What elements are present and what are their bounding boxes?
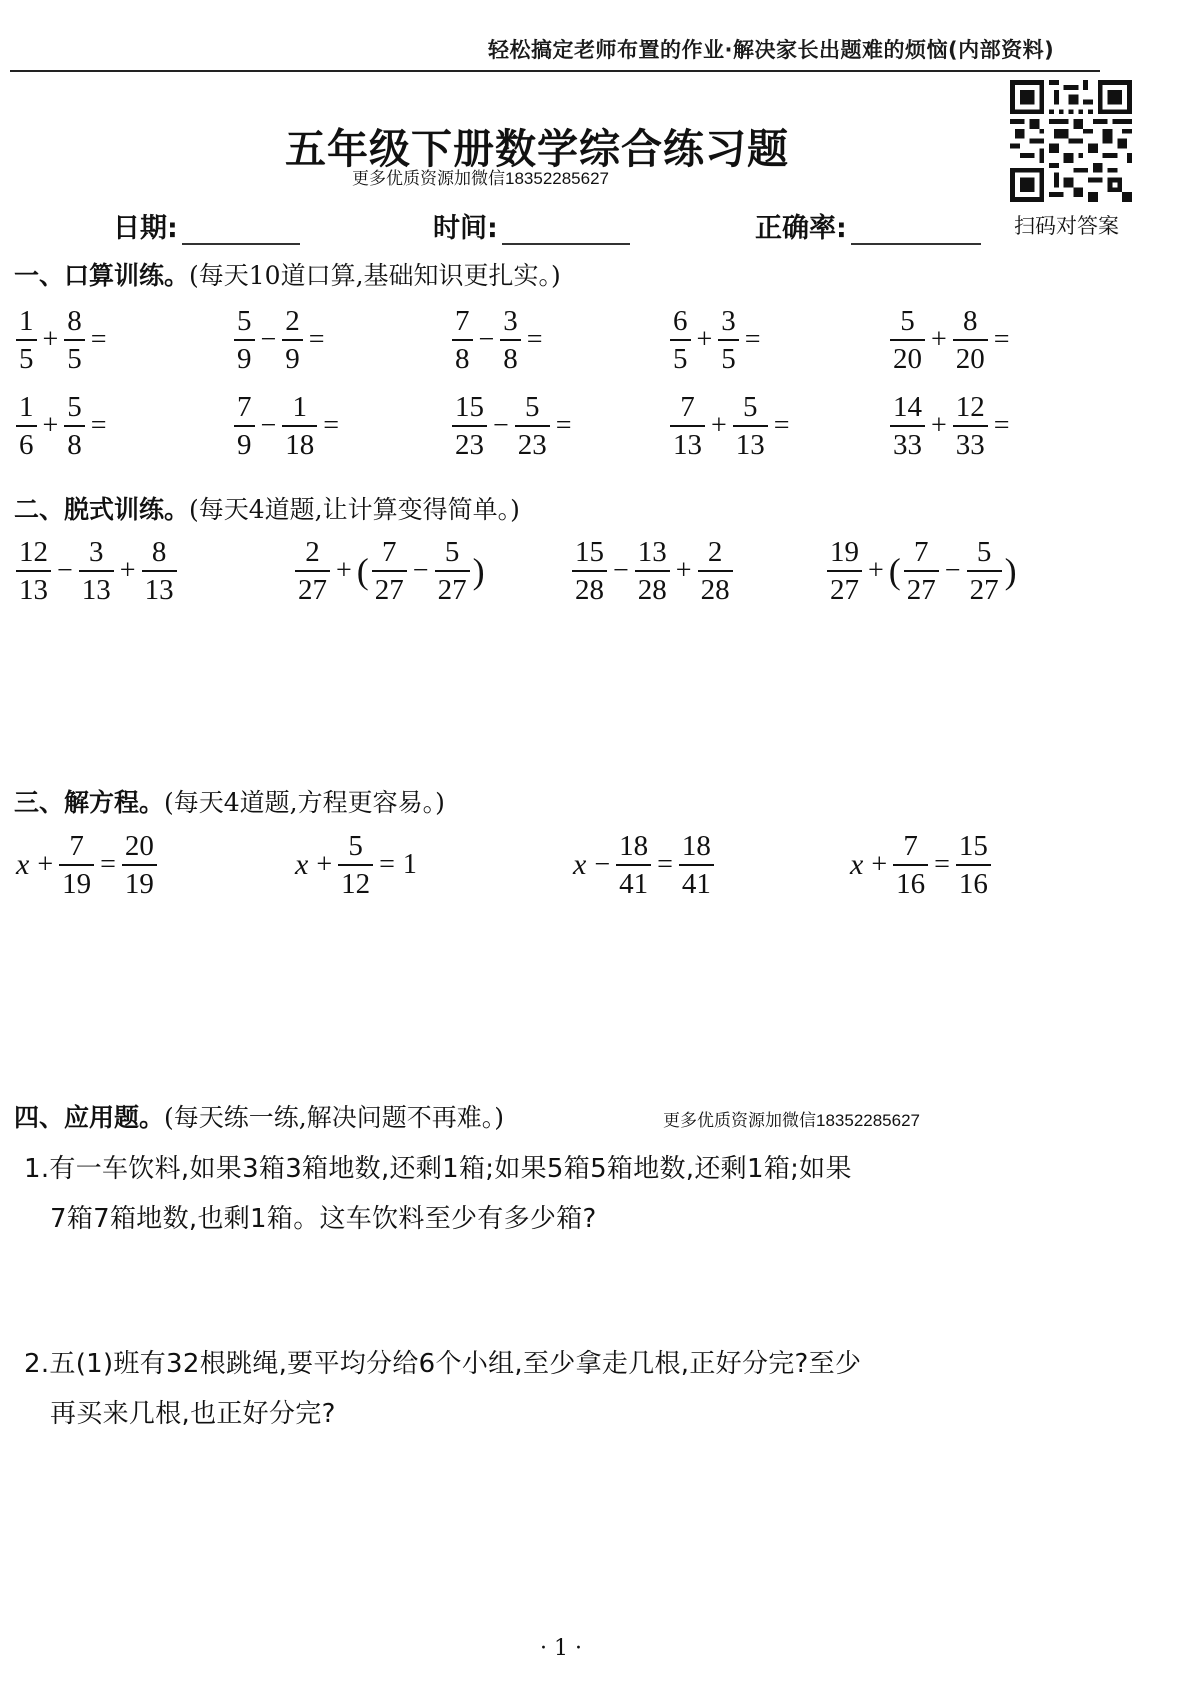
numerator: 5 [522, 393, 543, 422]
fraction-bar [234, 339, 255, 341]
equals-sign: = [994, 410, 1010, 442]
denominator: 27 [904, 576, 939, 605]
section-2-note: (每天4道题,让计算变得简单。) [189, 495, 520, 524]
numerator: 7 [677, 393, 698, 422]
denominator: 19 [122, 870, 157, 899]
variable-x: x [16, 848, 29, 882]
denominator: 16 [893, 870, 928, 899]
fraction-bar [953, 425, 988, 427]
denominator: 13 [733, 431, 768, 460]
time-field[interactable]: 时间: [433, 206, 630, 245]
mental-math-item: 65+35= [668, 307, 765, 374]
fraction-bar [953, 339, 988, 341]
rhs-value: 1 [403, 849, 417, 881]
numerator: 7 [911, 538, 932, 567]
fraction-bar [16, 570, 51, 572]
fraction: 527 [967, 538, 1002, 605]
qr-code-label: 扫码对答案 [1014, 210, 1119, 240]
equation-item: x+512=1 [295, 832, 421, 899]
numerator: 14 [890, 393, 925, 422]
equals-sign: = [309, 324, 325, 356]
denominator: 12 [338, 870, 373, 899]
fraction: 1328 [635, 538, 670, 605]
numerator: 15 [956, 832, 991, 861]
fraction-bar [295, 570, 330, 572]
equals-sign: = [994, 324, 1010, 356]
section-1-note: (每天10道口算,基础知识更扎实。) [189, 261, 561, 290]
section-4-title: 四、应用题。 [14, 1103, 164, 1132]
fraction-bar [16, 425, 37, 427]
operator: + [697, 324, 713, 356]
fraction-bar [967, 570, 1002, 572]
denominator: 28 [635, 576, 670, 605]
denominator: 20 [890, 345, 925, 374]
numerator: 7 [900, 832, 921, 861]
denominator: 41 [679, 870, 714, 899]
operator: + [336, 555, 352, 587]
mental-math-item: 1523−523= [450, 393, 576, 460]
denominator: 23 [515, 431, 550, 460]
numerator: 8 [64, 307, 85, 336]
fraction: 313 [79, 538, 114, 605]
operator: + [676, 555, 692, 587]
operator: − [945, 555, 961, 587]
date-label: 日期: [113, 206, 178, 245]
fraction-bar [827, 570, 862, 572]
fraction-bar [515, 425, 550, 427]
numerator: 5 [897, 307, 918, 336]
fraction: 719 [59, 832, 94, 899]
operator: − [479, 324, 495, 356]
fraction-bar [679, 864, 714, 866]
equals-sign: = [774, 410, 790, 442]
equals-sign: = [323, 410, 339, 442]
variable-x: x [573, 848, 586, 882]
numerator: 3 [86, 538, 107, 567]
accuracy-label: 正确率: [755, 206, 847, 245]
equation-item: x+716=1516 [850, 832, 993, 899]
equation-item: x−1841=1841 [573, 832, 716, 899]
time-label: 时间: [433, 206, 498, 245]
denominator: 8 [64, 431, 85, 460]
fraction: 512 [338, 832, 373, 899]
numerator: 18 [616, 832, 651, 861]
operator: + [43, 324, 59, 356]
fraction: 1213 [16, 538, 51, 605]
variable-x: x [295, 848, 308, 882]
question-1-line-1: 1.有一车饮料,如果3箱3箱地数,还剩1箱;如果5箱5箱地数,还剩1箱;如果 [24, 1148, 852, 1185]
fraction-bar [572, 570, 607, 572]
numerator: 2 [705, 538, 726, 567]
fraction-bar [79, 570, 114, 572]
fraction-bar [338, 864, 373, 866]
denominator: 41 [616, 870, 651, 899]
fraction: 58 [64, 393, 85, 460]
fraction-bar [122, 864, 157, 866]
denominator: 19 [59, 870, 94, 899]
fraction: 727 [372, 538, 407, 605]
fraction: 1528 [572, 538, 607, 605]
fraction: 59 [234, 307, 255, 374]
denominator: 5 [64, 345, 85, 374]
numerator: 5 [974, 538, 995, 567]
fraction-bar [616, 864, 651, 866]
mental-math-item: 1433+1233= [888, 393, 1014, 460]
mental-math-item: 78−38= [450, 307, 547, 374]
fraction-bar [234, 425, 255, 427]
operator: − [613, 555, 629, 587]
fraction-bar [890, 339, 925, 341]
operator: + [43, 410, 59, 442]
numerator: 1 [16, 307, 37, 336]
equals-sign: = [379, 849, 395, 881]
numerator: 15 [452, 393, 487, 422]
fraction-bar [904, 570, 939, 572]
date-blank[interactable] [182, 217, 300, 245]
operator: − [413, 555, 429, 587]
fraction: 727 [904, 538, 939, 605]
denominator: 28 [572, 576, 607, 605]
equals-sign: = [91, 324, 107, 356]
numerator: 8 [149, 538, 170, 567]
denominator: 27 [827, 576, 862, 605]
numerator: 1 [16, 393, 37, 422]
fraction-bar [670, 339, 691, 341]
fraction: 1516 [956, 832, 991, 899]
fraction: 35 [718, 307, 739, 374]
numerator: 3 [718, 307, 739, 336]
denominator: 13 [79, 576, 114, 605]
fraction-bar [452, 339, 473, 341]
fraction-bar [435, 570, 470, 572]
operator: − [261, 410, 277, 442]
operator: + [120, 555, 136, 587]
numerator: 7 [379, 538, 400, 567]
operator: + [871, 849, 887, 881]
fraction: 78 [452, 307, 473, 374]
section-4-heading: 四、应用题。(每天练一练,解决问题不再难。) [14, 1098, 504, 1134]
denominator: 9 [234, 431, 255, 460]
time-blank[interactable] [502, 217, 630, 245]
fraction-bar [733, 425, 768, 427]
numerator: 7 [66, 832, 87, 861]
mental-math-item: 713+513= [668, 393, 794, 460]
denominator: 8 [452, 345, 473, 374]
numerator: 20 [122, 832, 157, 861]
denominator: 9 [282, 345, 303, 374]
section-4-note: (每天练一练,解决问题不再难。) [164, 1103, 504, 1132]
fraction: 29 [282, 307, 303, 374]
fraction: 79 [234, 393, 255, 460]
fraction: 713 [670, 393, 705, 460]
operator: + [316, 849, 332, 881]
numerator: 19 [827, 538, 862, 567]
fraction-bar [282, 339, 303, 341]
numerator: 15 [572, 538, 607, 567]
fraction-bar [452, 425, 487, 427]
fraction-bar [142, 570, 177, 572]
denominator: 5 [670, 345, 691, 374]
fraction-bar [718, 339, 739, 341]
equation-item: x+719=2019 [16, 832, 159, 899]
numerator: 5 [740, 393, 761, 422]
denominator: 27 [372, 576, 407, 605]
question-1-line-2: 7箱7箱地数,也剩1箱。这车饮料至少有多少箱? [50, 1198, 597, 1235]
operator: + [931, 410, 947, 442]
numerator: 2 [282, 307, 303, 336]
numerator: 5 [234, 307, 255, 336]
fraction-bar [670, 425, 705, 427]
denominator: 13 [142, 576, 177, 605]
watermark-section-4: 更多优质资源加微信18352285627 [663, 1106, 920, 1131]
fraction-bar [500, 339, 521, 341]
denominator: 28 [698, 576, 733, 605]
equals-sign: = [657, 849, 673, 881]
fraction: 38 [500, 307, 521, 374]
fraction-bar [890, 425, 925, 427]
qr-code-icon[interactable] [1010, 80, 1132, 202]
equals-sign: = [100, 849, 116, 881]
numerator: 12 [16, 538, 51, 567]
fraction: 1233 [953, 393, 988, 460]
numerator: 12 [953, 393, 988, 422]
mental-math-item: 520+820= [888, 307, 1014, 374]
fraction-bar [893, 864, 928, 866]
fraction-bar [635, 570, 670, 572]
fraction: 820 [953, 307, 988, 374]
watermark-top: 更多优质资源加微信18352285627 [352, 164, 609, 189]
equals-sign: = [934, 849, 950, 881]
fraction: 118 [282, 393, 317, 460]
fraction: 65 [670, 307, 691, 374]
fraction: 513 [733, 393, 768, 460]
denominator: 27 [295, 576, 330, 605]
fraction: 1433 [890, 393, 925, 460]
numerator: 18 [679, 832, 714, 861]
fraction: 1841 [679, 832, 714, 899]
denominator: 5 [718, 345, 739, 374]
equals-sign: = [556, 410, 572, 442]
numerator: 2 [302, 538, 323, 567]
operator: + [931, 324, 947, 356]
step-calc-item: 1528−1328+228 [570, 538, 735, 605]
mental-math-item: 79−118= [232, 393, 343, 460]
page-number: · 1 · [540, 1636, 582, 1661]
denominator: 33 [953, 431, 988, 460]
mental-math-item: 16+58= [14, 393, 111, 460]
numerator: 1 [290, 393, 311, 422]
denominator: 33 [890, 431, 925, 460]
question-2-line-2: 再买来几根,也正好分完? [50, 1393, 336, 1430]
fraction: 813 [142, 538, 177, 605]
fraction: 15 [16, 307, 37, 374]
numerator: 5 [345, 832, 366, 861]
step-calc-item: 1213−313+813 [14, 538, 179, 605]
denominator: 5 [16, 345, 37, 374]
denominator: 6 [16, 431, 37, 460]
accuracy-field[interactable]: 正确率: [755, 206, 981, 245]
fraction: 520 [890, 307, 925, 374]
numerator: 13 [635, 538, 670, 567]
denominator: 13 [16, 576, 51, 605]
fraction: 1523 [452, 393, 487, 460]
operator: + [868, 555, 884, 587]
right-paren: ) [473, 550, 485, 592]
denominator: 23 [452, 431, 487, 460]
section-3-note: (每天4道题,方程更容易。) [164, 788, 445, 817]
denominator: 13 [670, 431, 705, 460]
numerator: 7 [234, 393, 255, 422]
fraction: 1841 [616, 832, 651, 899]
numerator: 5 [442, 538, 463, 567]
section-1-heading: 一、口算训练。(每天10道口算,基础知识更扎实。) [14, 256, 561, 292]
fraction: 1927 [827, 538, 862, 605]
operator: + [37, 849, 53, 881]
section-2-heading: 二、脱式训练。(每天4道题,让计算变得简单。) [14, 490, 520, 526]
equals-sign: = [745, 324, 761, 356]
fraction-bar [16, 339, 37, 341]
operator: − [57, 555, 73, 587]
numerator: 8 [960, 307, 981, 336]
section-1-title: 一、口算训练。 [14, 261, 189, 290]
denominator: 9 [234, 345, 255, 374]
fraction: 523 [515, 393, 550, 460]
denominator: 27 [435, 576, 470, 605]
date-field[interactable]: 日期: [113, 206, 300, 245]
right-paren: ) [1005, 550, 1017, 592]
fraction: 2019 [122, 832, 157, 899]
section-2-title: 二、脱式训练。 [14, 495, 189, 524]
left-paren: ( [357, 550, 369, 592]
operator: − [261, 324, 277, 356]
step-calc-item: 1927+(727−527) [825, 538, 1018, 605]
fraction-bar [698, 570, 733, 572]
fraction-bar [64, 425, 85, 427]
operator: − [493, 410, 509, 442]
fraction: 527 [435, 538, 470, 605]
left-paren: ( [889, 550, 901, 592]
header-divider [10, 70, 1100, 72]
fraction: 16 [16, 393, 37, 460]
numerator: 7 [452, 307, 473, 336]
accuracy-blank[interactable] [851, 217, 981, 245]
fraction: 227 [295, 538, 330, 605]
fraction: 85 [64, 307, 85, 374]
denominator: 20 [953, 345, 988, 374]
numerator: 3 [500, 307, 521, 336]
fraction-bar [956, 864, 991, 866]
denominator: 8 [500, 345, 521, 374]
denominator: 16 [956, 870, 991, 899]
fraction-bar [372, 570, 407, 572]
operator: + [711, 410, 727, 442]
header-banner: 轻松搞定老师布置的作业·解决家长出题难的烦恼(内部资料) [488, 34, 1054, 64]
section-3-title: 三、解方程。 [14, 788, 164, 817]
question-2-line-1: 2.五(1)班有32根跳绳,要平均分给6个小组,至少拿走几根,正好分完?至少 [24, 1343, 861, 1380]
mental-math-item: 15+85= [14, 307, 111, 374]
fraction: 228 [698, 538, 733, 605]
fraction: 716 [893, 832, 928, 899]
fraction-bar [64, 339, 85, 341]
denominator: 27 [967, 576, 1002, 605]
mental-math-item: 59−29= [232, 307, 329, 374]
step-calc-item: 227+(727−527) [293, 538, 486, 605]
fraction-bar [282, 425, 317, 427]
section-3-heading: 三、解方程。(每天4道题,方程更容易。) [14, 783, 445, 819]
fraction-bar [59, 864, 94, 866]
numerator: 5 [64, 393, 85, 422]
denominator: 18 [282, 431, 317, 460]
equals-sign: = [527, 324, 543, 356]
numerator: 6 [670, 307, 691, 336]
operator: − [594, 849, 610, 881]
variable-x: x [850, 848, 863, 882]
equals-sign: = [91, 410, 107, 442]
